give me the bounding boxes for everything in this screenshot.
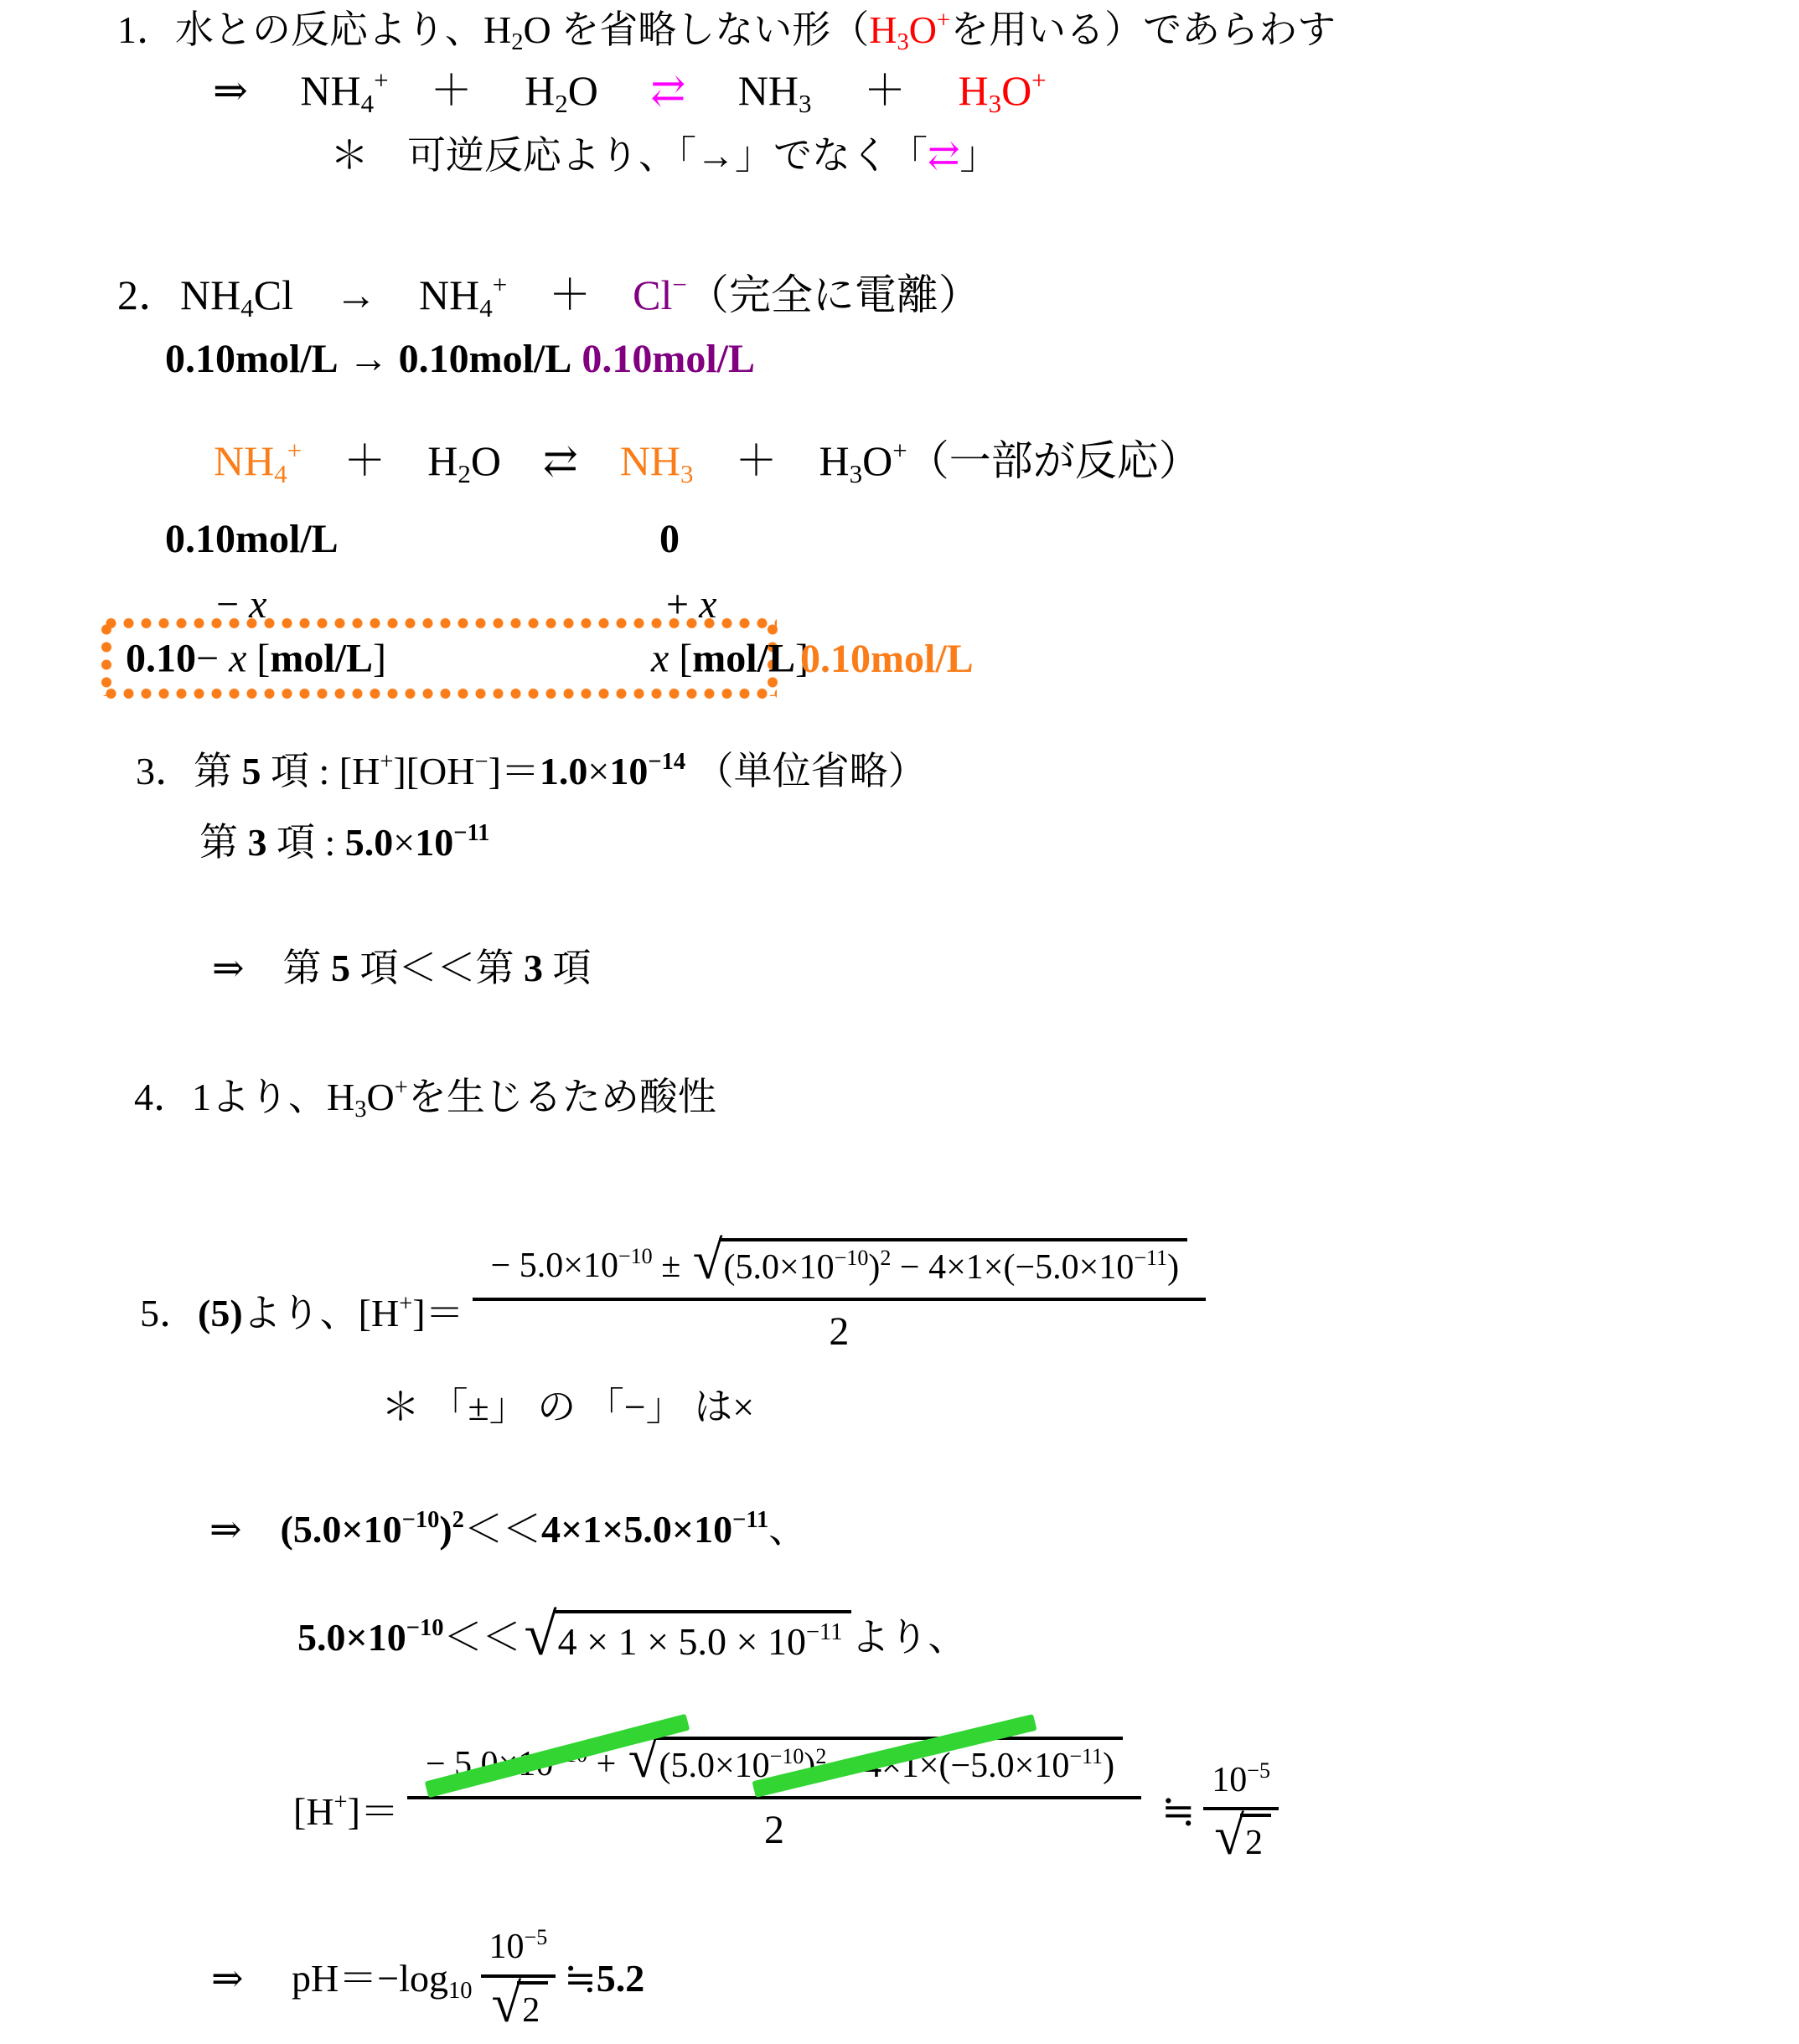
text-run: −10 bbox=[835, 1246, 869, 1270]
text-run: −10 bbox=[770, 1744, 804, 1768]
text-run: （完全に電離） bbox=[687, 271, 980, 318]
text-run: mol/L bbox=[692, 637, 795, 681]
approx-equal-symbol: ≒ bbox=[1161, 1788, 1195, 1837]
text-run: 3 bbox=[799, 89, 812, 118]
comparison-prefix: 5.0×10−10＜＜ bbox=[297, 1614, 520, 1661]
text-run: 2 bbox=[458, 459, 471, 488]
text-run: 0.10mol/L bbox=[399, 337, 572, 381]
text-run: 、 bbox=[768, 1508, 807, 1551]
text-run: + bbox=[493, 270, 507, 299]
text-run: x bbox=[651, 637, 669, 681]
ph-expression: ⇒ pH＝−log10 bbox=[211, 1955, 473, 2002]
text-run: ⇒ NH bbox=[213, 67, 361, 114]
text-run: 項＜＜第 bbox=[350, 947, 524, 989]
text-run: （単位省略） bbox=[685, 750, 927, 792]
text-run: + bbox=[395, 1075, 408, 1101]
text-run: より、 bbox=[851, 1616, 967, 1659]
text-run: 項 : [H bbox=[261, 750, 380, 792]
text-run: + bbox=[374, 65, 388, 95]
text-run: H bbox=[869, 8, 897, 51]
text-run: ][OH bbox=[393, 750, 474, 792]
text-run: 3 bbox=[989, 89, 1002, 118]
text-run: 0.10mol/L bbox=[165, 517, 339, 561]
text-run: 2 bbox=[880, 1246, 891, 1270]
text-run: + bbox=[1031, 65, 1046, 95]
text-run: ⇄ bbox=[928, 134, 960, 177]
text-run: [ bbox=[669, 637, 692, 681]
text-run: − 5.0×10 bbox=[491, 1247, 618, 1285]
text-run: ＜＜ bbox=[464, 1508, 541, 1551]
text-run: ]＝ bbox=[412, 1292, 463, 1334]
text-run: 10 bbox=[448, 1978, 473, 2004]
text-run: (5.0×10 bbox=[724, 1248, 835, 1287]
sqrt-symbol: √ bbox=[1214, 1815, 1244, 1858]
item3-conclusion: ⇒ 第 5 項＜＜第 3 項 bbox=[212, 945, 592, 992]
item5-simplified-formula: [H+]＝ − 5.0×10−10 + √(5.0×10−10)2 − 4×1×… bbox=[293, 1707, 1287, 1883]
text-run: 2 bbox=[511, 29, 523, 55]
text-run: ]＝ bbox=[348, 1790, 399, 1833]
text-run: × bbox=[587, 750, 609, 792]
result-numerator: 10−5 bbox=[1203, 1759, 1279, 1810]
text-run: (5.0×10 bbox=[659, 1747, 769, 1785]
text-run: + bbox=[334, 1789, 348, 1815]
item5-quadratic-formula: 5．(5)より、[H+]＝ − 5.0×10−10 ± √(5.0×10−10)… bbox=[140, 1205, 1214, 1389]
text-run: 」 bbox=[960, 134, 999, 177]
text-run: −10 bbox=[406, 1615, 444, 1641]
text-run: 3 bbox=[897, 29, 908, 55]
numerator-prefix: − 5.0×10−10 ± bbox=[491, 1247, 690, 1285]
text-run: 10 bbox=[609, 750, 648, 792]
text-run: −11 bbox=[1069, 1744, 1103, 1768]
text-run: O ⇄ bbox=[471, 437, 620, 484]
text-run: ⇒ bbox=[209, 1508, 281, 1551]
text-run: ＜＜ bbox=[443, 1616, 520, 1659]
text-run: 5 bbox=[242, 750, 261, 792]
text-run: 0.10mol/L bbox=[165, 337, 339, 381]
text-run: H bbox=[958, 67, 988, 114]
text-run: −10 bbox=[618, 1244, 653, 1268]
result-fraction: 10−5 √2 bbox=[1203, 1759, 1279, 1865]
item5-comparison-line2: 5.0×10−10＜＜ √4 × 1 × 5.0 × 10−11 より、 bbox=[297, 1592, 967, 1684]
text-run: 5.0×10 bbox=[297, 1616, 406, 1659]
item5-plusminus-note: ＊ 「±」 の 「−」 は× bbox=[381, 1384, 754, 1431]
text-run: ＋ H bbox=[302, 437, 458, 484]
text-run: 2 bbox=[1245, 1824, 1263, 1862]
text-run: 4 × 1 × 5.0 × 10 bbox=[558, 1620, 806, 1663]
item3-line2: 第 3 項 : 5.0×10−11 bbox=[199, 819, 489, 866]
text-run: + bbox=[287, 436, 302, 465]
text-run: − 4×1×(−5.0×10 bbox=[891, 1248, 1134, 1287]
quadratic-fraction-2: − 5.0×10−10 + √(5.0×10−10)2 − 4×1×(−5.0×… bbox=[407, 1735, 1141, 1856]
text-run: − bbox=[672, 270, 686, 299]
square-root: √2 bbox=[1214, 1814, 1271, 1865]
text-run: 3．第 bbox=[136, 750, 242, 792]
text-run: x bbox=[229, 637, 246, 681]
text-run: 2 bbox=[555, 89, 568, 118]
text-run: Cl → NH bbox=[254, 271, 479, 318]
page: 1．水との反応より、H2O を省略しない形（H3O+を用いる）であらわす ⇒ N… bbox=[0, 0, 1799, 2044]
text-run: − bbox=[196, 637, 229, 681]
text-run: ＋ H bbox=[694, 437, 850, 484]
text-run: + bbox=[380, 749, 393, 775]
text-run: 2 bbox=[522, 1991, 540, 2030]
text-run: ＋ bbox=[811, 67, 958, 114]
text-run: O bbox=[568, 67, 651, 114]
text-run: (5) bbox=[198, 1292, 243, 1334]
orange-dotted-highlight-box: 0.10− x [mol/L] x [mol/L] bbox=[102, 621, 777, 696]
text-run: 4 bbox=[361, 89, 375, 118]
text-run: ＊ 「±」 の 「−」 は× bbox=[381, 1386, 754, 1428]
text-run: Cl bbox=[633, 271, 672, 318]
text-run: 5． bbox=[140, 1292, 198, 1334]
text-run: ) bbox=[1103, 1747, 1114, 1785]
text-run: ) bbox=[1167, 1248, 1179, 1287]
text-run bbox=[571, 337, 582, 381]
text-run: −5 bbox=[525, 1925, 548, 1949]
ph-result-line: ⇒ pH＝−log10 10−5 √2 ≒5.2 bbox=[211, 1918, 644, 2040]
text-run: − bbox=[475, 749, 489, 775]
text-run: ± bbox=[653, 1247, 690, 1285]
square-root: √4 × 1 × 5.0 × 10−11 bbox=[524, 1610, 850, 1665]
text-run: ＊ 可逆反応より、「→」でなく「 bbox=[330, 134, 928, 177]
text-run: 4．1より、H bbox=[134, 1076, 354, 1118]
h-concentration-lead: [H+]＝ bbox=[293, 1788, 399, 1835]
text-run: −14 bbox=[648, 749, 685, 775]
text-run: ≒ bbox=[564, 1957, 597, 2000]
text-run: 4 bbox=[479, 293, 493, 323]
text-run: より、[H bbox=[243, 1292, 400, 1334]
item2-equilibrium-nh3: x [mol/L] bbox=[651, 636, 809, 682]
text-run: −5 bbox=[1247, 1758, 1270, 1783]
text-run: 0 bbox=[659, 517, 680, 561]
text-run: 3 bbox=[524, 947, 543, 989]
ph-fraction-denominator: √2 bbox=[489, 1978, 549, 2032]
sqrt-symbol: √ bbox=[492, 1983, 522, 2026]
text-run: NH bbox=[685, 67, 799, 114]
text-run: ]＝ bbox=[489, 750, 540, 792]
radicand: 4 × 1 × 5.0 × 10−11 bbox=[553, 1610, 851, 1665]
text-run: 10 bbox=[415, 821, 453, 864]
text-run: 項 bbox=[543, 947, 592, 989]
text-run: ＋ H bbox=[389, 67, 556, 114]
quadratic-numerator: − 5.0×10−10 ± √(5.0×10−10)2 − 4×1×(−5.0×… bbox=[473, 1236, 1206, 1301]
item2-dissociation-equation: 2．NH4Cl → NH4+ ＋ Cl−（完全に電離） bbox=[117, 270, 980, 321]
text-run: 0.10mol/L bbox=[582, 337, 755, 381]
text-run: 5.0 bbox=[345, 821, 394, 864]
text-run: 0.10mol/L bbox=[800, 637, 974, 681]
text-run: −11 bbox=[806, 1619, 843, 1645]
item5-comparison-line1: ⇒ (5.0×10−10)2＜＜4×1×5.0×10−11、 bbox=[209, 1506, 807, 1553]
text-run: 10 bbox=[489, 1928, 525, 1966]
text-run: O bbox=[862, 437, 892, 484]
square-root: √2 bbox=[492, 1981, 549, 2032]
item2-initial-nh3: 0 bbox=[659, 515, 680, 565]
text-run: ] bbox=[373, 637, 386, 681]
item2-concentration-line: 0.10mol/L → 0.10mol/L 0.10mol/L bbox=[165, 335, 755, 385]
text-run: 10 bbox=[1212, 1761, 1247, 1799]
text-run: 5 bbox=[331, 947, 350, 989]
text-run: 0.10 bbox=[126, 637, 196, 681]
item1-equation: ⇒ NH4+ ＋ H2O ⇄ NH3 ＋ H3O+ bbox=[213, 65, 1047, 116]
text-run: 1．水との反応より、H bbox=[117, 8, 511, 51]
text-run: −10 bbox=[402, 1507, 440, 1533]
item1-line1: 1．水との反応より、H2O を省略しない形（H3O+を用いる）であらわす bbox=[117, 7, 1336, 54]
text-run: O bbox=[1001, 67, 1031, 114]
text-run: 項 : bbox=[267, 821, 345, 864]
text-run: + bbox=[892, 436, 907, 465]
item1-note: ＊ 可逆反応より、「→」でなく「⇄」 bbox=[330, 132, 999, 179]
ph-result-value: ≒5.2 bbox=[564, 1955, 644, 2002]
text-run: −11 bbox=[453, 820, 489, 846]
sqrt-symbol: √ bbox=[524, 1612, 556, 1659]
text-run: を用いる）であらわす bbox=[950, 8, 1336, 51]
text-run: 第 bbox=[199, 821, 248, 864]
text-run: NH bbox=[214, 437, 274, 484]
text-run: [ bbox=[246, 637, 270, 681]
ph-fraction-numerator: 10−5 bbox=[481, 1926, 556, 1977]
ph-fraction: 10−5 √2 bbox=[481, 1926, 556, 2031]
text-run: (5.0×10 bbox=[281, 1508, 402, 1551]
text-run: → bbox=[339, 337, 399, 381]
text-run: 4 bbox=[240, 293, 254, 323]
text-run: ) bbox=[439, 1508, 452, 1551]
text-run: ) bbox=[868, 1248, 880, 1287]
text-run: −11 bbox=[1134, 1246, 1167, 1270]
text-run: [H bbox=[293, 1790, 334, 1833]
radicand: (5.0×10−10)2 − 4×1×(−5.0×10−11) bbox=[719, 1238, 1188, 1289]
text-run: O を省略しない形（ bbox=[524, 8, 870, 51]
text-run: ⇒ pH＝−log bbox=[211, 1957, 448, 2000]
text-run: 5.2 bbox=[597, 1957, 645, 2000]
text-run: −11 bbox=[732, 1507, 768, 1533]
quadratic-denominator-2: 2 bbox=[764, 1799, 784, 1856]
text-run: ⇄ bbox=[650, 67, 685, 114]
comparison-suffix: より、 bbox=[851, 1614, 967, 1661]
result-denominator: √2 bbox=[1211, 1810, 1271, 1865]
item2-equilibrium-nh4: 0.10− x [mol/L] bbox=[126, 636, 386, 682]
text-run: mol/L bbox=[270, 637, 373, 681]
dotted-border-left bbox=[101, 621, 112, 696]
text-run: O bbox=[909, 8, 937, 51]
text-run: + bbox=[399, 1291, 412, 1317]
text-run: 3 bbox=[354, 1097, 366, 1123]
radicand-sqrt2: 2 bbox=[1240, 1814, 1271, 1865]
dotted-border-top bbox=[102, 617, 777, 629]
quadratic-fraction: − 5.0×10−10 ± √(5.0×10−10)2 − 4×1×(−5.0×… bbox=[473, 1236, 1206, 1357]
text-run: + bbox=[937, 8, 950, 34]
text-run: 3 bbox=[680, 459, 694, 488]
sqrt-symbol: √ bbox=[693, 1240, 723, 1283]
text-run: 3 bbox=[248, 821, 267, 864]
item2-equilibrium-h3o: 0.10mol/L bbox=[800, 635, 974, 684]
square-root: √(5.0×10−10)2 − 4×1×(−5.0×10−11) bbox=[693, 1238, 1187, 1289]
item2-equilibrium-equation: NH4+ ＋ H2O ⇄ NH3 ＋ H3O+（一部が反応） bbox=[214, 436, 1201, 487]
radicand-sqrt2: 2 bbox=[517, 1981, 548, 2032]
dotted-border-bottom bbox=[102, 688, 777, 699]
text-run: を生じるため酸性 bbox=[408, 1076, 716, 1118]
text-run: 2 bbox=[452, 1507, 464, 1533]
text-run: × bbox=[393, 821, 415, 864]
text-run: O bbox=[367, 1076, 395, 1118]
text-run: 4×1×5.0×10 bbox=[541, 1508, 732, 1551]
text-run: 4 bbox=[274, 459, 287, 488]
text-run: （一部が反応） bbox=[907, 437, 1201, 484]
item2-initial-nh4: 0.10mol/L bbox=[165, 515, 339, 565]
item3-line1: 3．第 5 項 : [H+][OH−]＝1.0×10−14 （単位省略） bbox=[136, 748, 927, 795]
quadratic-denominator: 2 bbox=[829, 1301, 849, 1357]
text-run: 3 bbox=[850, 459, 863, 488]
text-run: ＋ bbox=[507, 271, 633, 318]
item5-lead: 5．(5)より、[H+]＝ bbox=[140, 1290, 464, 1337]
text-run: ⇒ 第 bbox=[212, 947, 331, 989]
item4-line1: 4．1より、H3O+を生じるため酸性 bbox=[134, 1074, 716, 1121]
text-run: 2．NH bbox=[117, 271, 240, 318]
text-run: NH bbox=[620, 437, 680, 484]
text-run: 1.0 bbox=[540, 750, 588, 792]
